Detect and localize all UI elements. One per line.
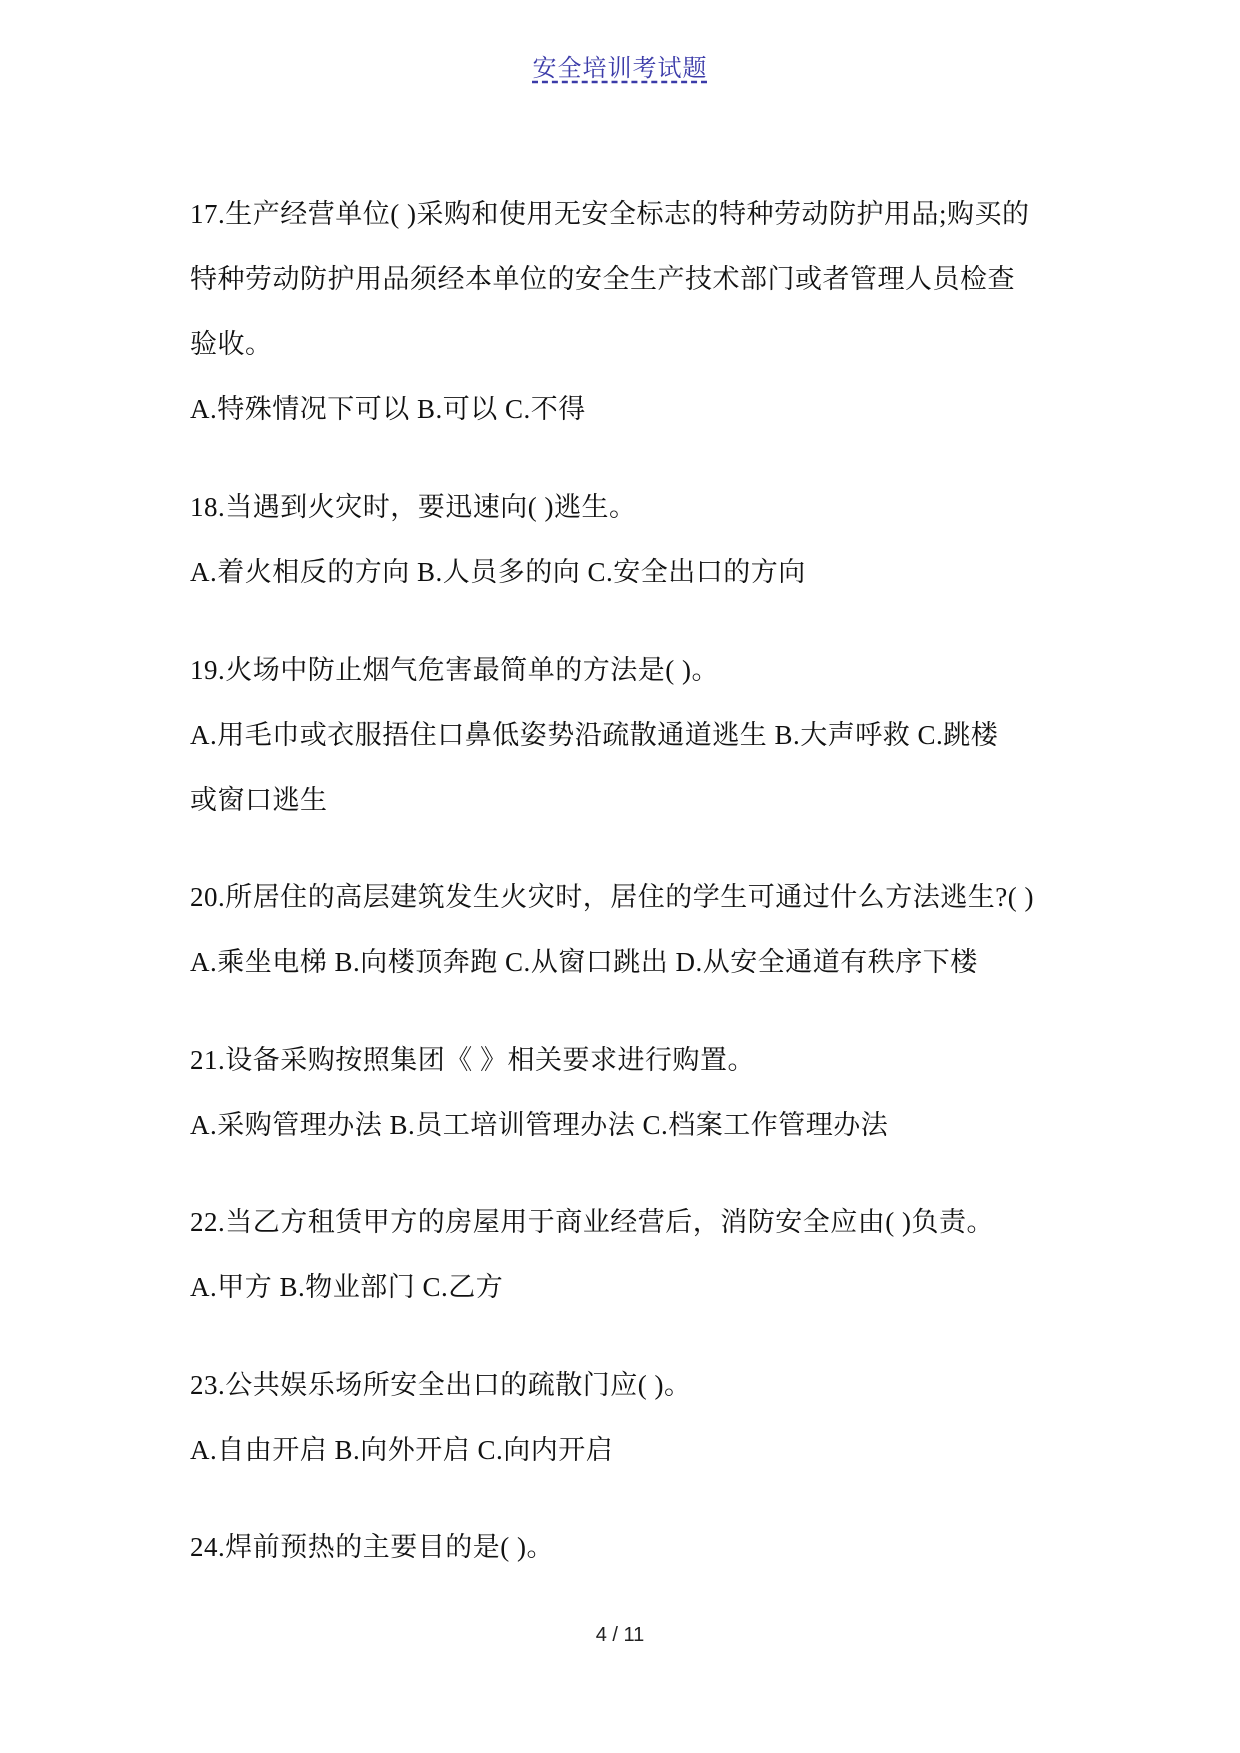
header-title: 安全培训考试题: [533, 54, 708, 82]
question-20-line-1: 20.所居住的高层建筑发生火灾时，居住的学生可通过什么方法逃生?( ): [190, 880, 1034, 914]
question-17-options: A.特殊情况下可以 B.可以 C.不得: [190, 392, 586, 426]
question-20-options: A.乘坐电梯 B.向楼顶奔跑 C.从窗口跳出 D.从安全通道有秩序下楼: [190, 945, 978, 979]
question-21-options: A.采购管理办法 B.员工培训管理办法 C.档案工作管理办法: [190, 1108, 888, 1142]
question-17-line-3: 验收。: [190, 327, 273, 361]
document-header: 安全培训考试题: [0, 48, 1240, 83]
question-17-line-2: 特种劳动防护用品须经本单位的安全生产技术部门或者管理人员检查: [190, 262, 1015, 296]
question-18-options: A.着火相反的方向 B.人员多的向 C.安全出口的方向: [190, 555, 806, 589]
question-22-options: A.甲方 B.物业部门 C.乙方: [190, 1270, 503, 1304]
question-19-line-1: 19.火场中防止烟气危害最简单的方法是( )。: [190, 653, 719, 687]
question-23-line-1: 23.公共娱乐场所安全出口的疏散门应( )。: [190, 1368, 691, 1402]
question-19-options-line-1: A.用毛巾或衣服捂住口鼻低姿势沿疏散通道逃生 B.大声呼救 C.跳楼: [190, 718, 998, 752]
question-21-line-1: 21.设备采购按照集团《 》相关要求进行购置。: [190, 1043, 755, 1077]
question-17-line-1: 17.生产经营单位( )采购和使用无安全标志的特种劳动防护用品;购买的: [190, 197, 1029, 231]
question-23-options: A.自由开启 B.向外开启 C.向内开启: [190, 1433, 613, 1467]
question-22-line-1: 22.当乙方租赁甲方的房屋用于商业经营后，消防安全应由( )负责。: [190, 1205, 994, 1239]
page-indicator: 4 / 11: [596, 1624, 645, 1646]
question-19-options-line-2: 或窗口逃生: [190, 783, 328, 817]
question-18-line-1: 18.当遇到火灾时，要迅速向( )逃生。: [190, 490, 636, 524]
question-24-line-1: 24.焊前预热的主要目的是( )。: [190, 1530, 554, 1564]
page-footer: 4 / 11: [0, 1624, 1240, 1647]
